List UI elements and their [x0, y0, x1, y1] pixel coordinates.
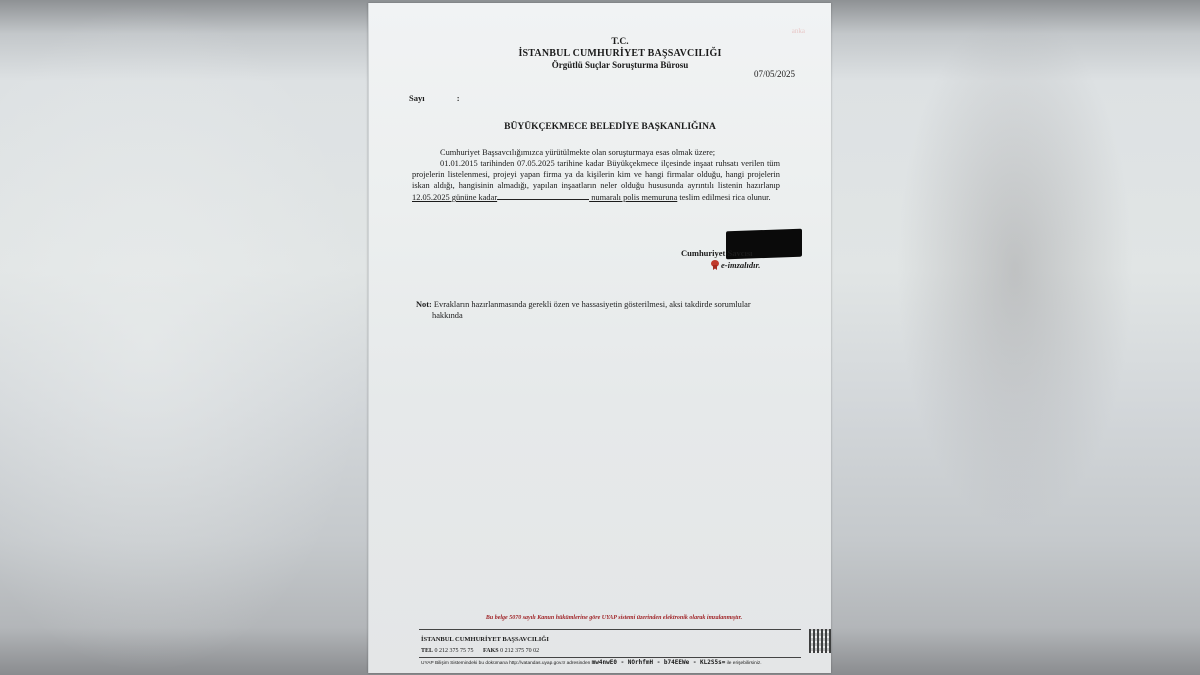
note: Not: Evrakların hazırlanmasında gerekli …	[416, 299, 788, 321]
letterhead-office: İSTANBUL CUMHURİYET BAŞSAVCILIĞI	[409, 48, 831, 59]
body-paragraph-1: Cumhuriyet Başsavcılığımızca yürütülmekt…	[412, 147, 780, 158]
tel-label: TEL	[421, 648, 433, 654]
background-blur-left	[0, 0, 368, 675]
seal-icon	[711, 260, 719, 270]
note-label: Not:	[416, 300, 432, 309]
blank-line	[497, 191, 589, 200]
watermark: anka	[792, 27, 805, 35]
fax-label: FAKS	[483, 648, 499, 654]
body-text-a: 01.01.2015 tarihinden 07.05.2025 tarihin…	[412, 159, 780, 190]
qr-code-icon	[809, 629, 831, 653]
uyap-text: UYAP Bilişim Sistemindeki bu dokümana ht…	[421, 661, 590, 666]
reference-number: Sayı :	[409, 93, 460, 103]
letterhead-tc: T.C.	[409, 37, 831, 47]
fax-number: 0 212 375 70 02	[500, 648, 539, 654]
document-date: 07/05/2025	[754, 69, 795, 79]
body-text-b: numaralı polis memuruna	[589, 193, 677, 202]
document-page: anka T.C. İSTANBUL CUMHURİYET BAŞSAVCILI…	[368, 3, 831, 673]
note-continuation: hakkında	[432, 310, 788, 321]
legal-notice: Bu belge 5070 sayılı Kanun hükümlerine g…	[383, 615, 845, 621]
footer-contact: TEL 0 212 375 75 75 FAKS 0 212 375 70 02	[421, 648, 539, 654]
body-text-c: teslim edilmesi rica olunur.	[677, 193, 770, 202]
e-signature-text: e-imzalıdır.	[721, 260, 760, 270]
footer-divider-bottom	[419, 657, 801, 658]
signer-title: Cumhuriyet Savcısı	[681, 248, 753, 258]
uyap-line: UYAP Bilişim Sistemindeki bu dokümana ht…	[421, 659, 762, 666]
deadline: 12.05.2025 gününe kadar	[412, 193, 497, 202]
footer-office: İSTANBUL CUMHURİYET BAŞSAVCILIĞI	[421, 636, 549, 643]
uyap-suffix: ile erişebilirsiniz.	[727, 661, 762, 666]
verification-code: mw4nwE0 - NOrhfmH - b74EEWe - KL2S5s=	[592, 659, 726, 666]
e-signature: e-imzalıdır.	[711, 260, 760, 270]
letterhead: T.C. İSTANBUL CUMHURİYET BAŞSAVCILIĞI Ör…	[369, 37, 831, 70]
recipient: BÜYÜKÇEKMECE BELEDİYE BAŞKANLIĞINA	[379, 122, 841, 132]
footer-divider-top	[419, 629, 801, 630]
tel-number: 0 212 375 75 75	[435, 648, 474, 654]
reference-label: Sayı	[409, 93, 425, 103]
reference-colon: :	[457, 93, 460, 103]
body-paragraph-2: 01.01.2015 tarihinden 07.05.2025 tarihin…	[412, 158, 780, 203]
background-blur-right	[830, 0, 1200, 675]
letter-body: Cumhuriyet Başsavcılığımızca yürütülmekt…	[412, 147, 780, 203]
note-text: Evrakların hazırlanmasında gerekli özen …	[434, 300, 751, 309]
